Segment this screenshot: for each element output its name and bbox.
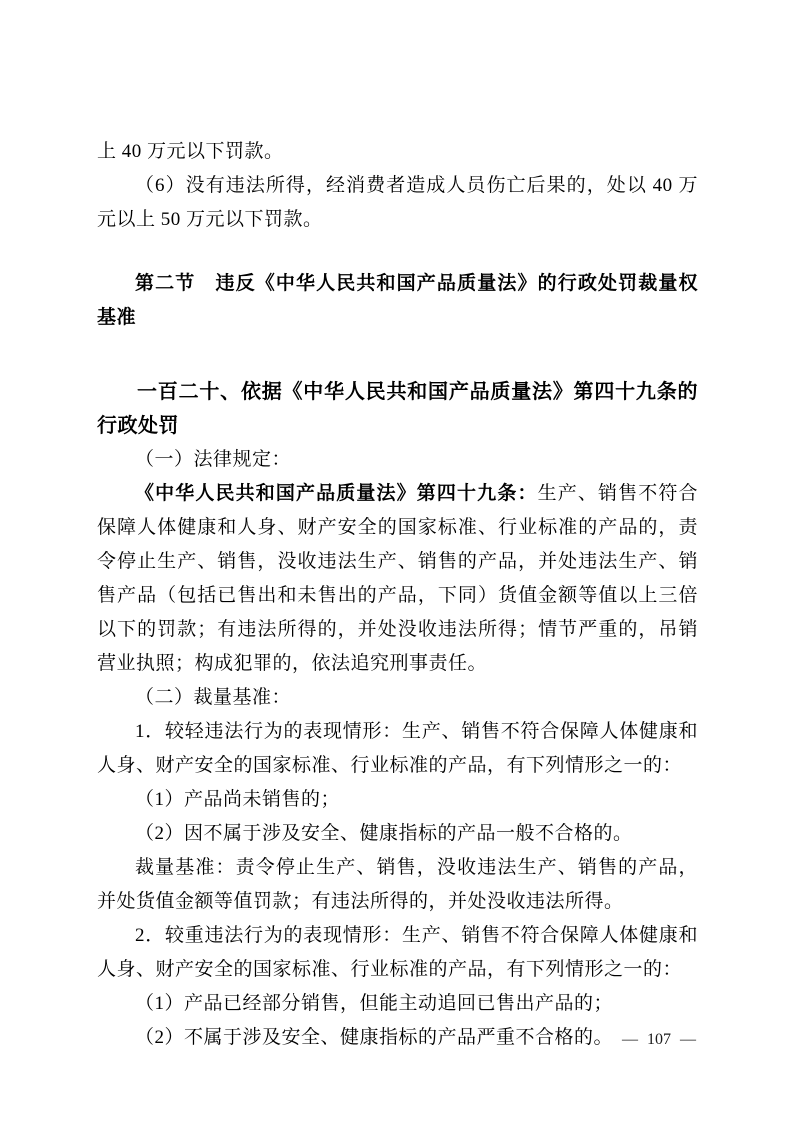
paragraph-item6-fine: （6）没有违法所得，经消费者造成人员伤亡后果的，处以 40 万元以上 50 万元… [97, 169, 698, 237]
paragraph-continuation-fine-40: 上 40 万元以下罚款。 [97, 135, 698, 169]
paragraph-minor-case2: （2）因不属于涉及安全、健康指标的产品一般不合格的。 [97, 817, 698, 851]
page-number-left-dash: — [622, 1028, 638, 1052]
law-citation-text: 生产、销售不符合保障人体健康和人身、财产安全的国家标准、行业标准的产品的，责令停… [97, 483, 698, 674]
law-citation-title: 《中华人民共和国产品质量法》第四十九条： [135, 483, 538, 504]
document-page: 上 40 万元以下罚款。 （6）没有违法所得，经消费者造成人员伤亡后果的，处以 … [0, 0, 793, 1122]
paragraph-moderate-case1: （1）产品已经部分销售，但能主动追回已售出产品的； [97, 987, 698, 1021]
paragraph-moderate-intro: 2．较重违法行为的表现情形：生产、销售不符合保障人体健康和人身、财产安全的国家标… [97, 919, 698, 987]
paragraph-minor-case1: （1）产品尚未销售的； [97, 783, 698, 817]
paragraph-minor-benchmark: 裁量基准：责令停止生产、销售，没收违法生产、销售的产品，并处货值金额等值罚款；有… [97, 851, 698, 919]
paragraph-minor-intro: 1．较轻违法行为的表现情形：生产、销售不符合保障人体健康和人身、财产安全的国家标… [97, 715, 698, 783]
paragraph-moderate-case2: （2）不属于涉及安全、健康指标的产品严重不合格的。 [97, 1021, 698, 1055]
paragraph-legal-provision-label: （一）法律规定： [97, 443, 698, 477]
page-number: — 107 — [622, 1028, 696, 1052]
page-number-right-dash: — [680, 1028, 696, 1052]
article-heading-120: 一百二十、依据《中华人民共和国产品质量法》第四十九条的行政处罚 [97, 375, 698, 443]
document-content: 上 40 万元以下罚款。 （6）没有违法所得，经消费者造成人员伤亡后果的，处以 … [97, 135, 698, 1055]
paragraph-discretion-label: （二）裁量基准： [97, 681, 698, 715]
section-heading: 第二节 违反《中华人民共和国产品质量法》的行政处罚裁量权基准 [97, 267, 698, 335]
page-number-value: 107 [647, 1028, 671, 1052]
paragraph-law-citation: 《中华人民共和国产品质量法》第四十九条：生产、销售不符合保障人体健康和人身、财产… [97, 477, 698, 681]
